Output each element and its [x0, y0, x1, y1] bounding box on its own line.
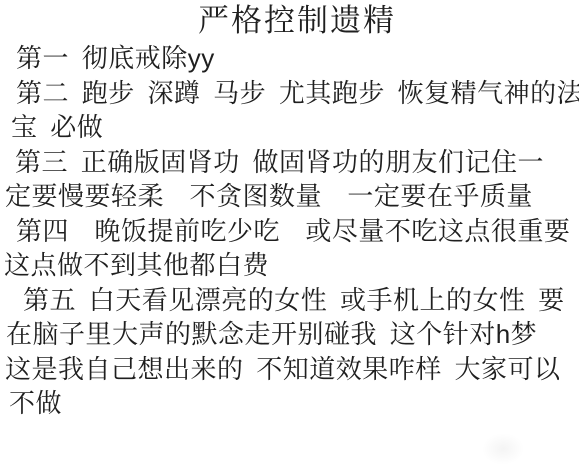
document-title: 严格控制遗精	[0, 0, 579, 40]
text-line: 这点做不到其他都白费	[0, 248, 579, 283]
text-line: 宝 必做	[0, 110, 579, 145]
watermark-smudge	[482, 433, 524, 465]
text-line: 不做	[0, 386, 579, 421]
text-line: 第四 晚饭提前吃少吃 或尽量不吃这点很重要	[0, 214, 579, 249]
text-line: 第五 白天看见漂亮的女性 或手机上的女性 要	[0, 283, 579, 318]
text-line: 第一 彻底戒除yy	[0, 41, 579, 76]
text-line: 这是我自己想出来的 不知道效果咋样 大家可以	[0, 352, 579, 387]
text-line: 在脑子里大声的默念走开别碰我 这个针对h梦	[0, 317, 579, 352]
text-line: 第二 跑步 深蹲 马步 尤其跑步 恢复精气神的法	[0, 76, 579, 111]
document-body: 第一 彻底戒除yy第二 跑步 深蹲 马步 尤其跑步 恢复精气神的法宝 必做第三 …	[0, 40, 579, 421]
text-line: 第三 正确版固肾功 做固肾功的朋友们记住一	[0, 145, 579, 180]
document-page: 严格控制遗精 第一 彻底戒除yy第二 跑步 深蹲 马步 尤其跑步 恢复精气神的法…	[0, 0, 579, 466]
text-line: 定要慢要轻柔 不贪图数量 一定要在乎质量	[0, 179, 579, 214]
